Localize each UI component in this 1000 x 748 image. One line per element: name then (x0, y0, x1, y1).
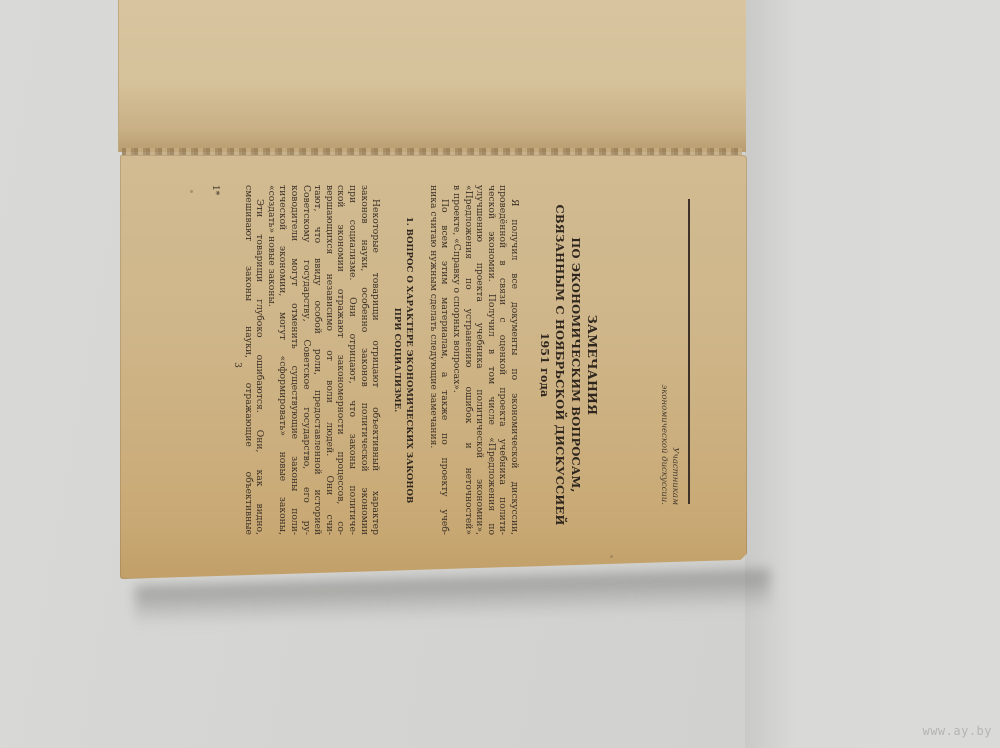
text-line: Эти товарищи глубоко ошибаются. Они, как… (254, 185, 266, 535)
text-line: тической экономии, могут «сформировать» … (277, 185, 289, 535)
body-text: Я получил все документы по экономической… (242, 185, 520, 535)
signature-mark: 1* (210, 185, 220, 195)
text-line: По всем этим материалам, а также по прое… (439, 185, 451, 535)
text-line: ской экономии отражают закономерности пр… (335, 185, 347, 535)
title-year: 1951 года (536, 185, 552, 545)
dedication-line: экономической дискуссии. (658, 185, 669, 505)
text-line: «Предложения по устранению ошибок и нето… (462, 185, 474, 535)
text-line: ководители могут отменить существующие з… (289, 185, 301, 535)
text-line: улучшению проекта учебника политической … (474, 185, 486, 535)
booklet-spine-fold (122, 148, 742, 156)
document-title: ЗАМЕЧАНИЯ ПО ЭКОНОМИЧЕСКИМ ВОПРОСАМ, СВЯ… (536, 185, 600, 545)
page-number: 3 (232, 185, 242, 545)
text-line: Некоторые товарищи отрицают объективный … (370, 185, 382, 535)
dedication: Участникам экономической дискуссии. (658, 185, 680, 505)
text-line: Советскому государству, Советское госуда… (300, 185, 312, 535)
text-line: Я получил все документы по экономической… (508, 185, 520, 535)
page-text-block: Участникам экономической дискуссии. ЗАМЕ… (150, 185, 710, 545)
second-paragraph: По всем этим материалам, а также по прое… (427, 185, 450, 535)
text-line: смешивают законы науки, отражающие объек… (242, 185, 254, 535)
paper-speck (610, 555, 613, 558)
section-paragraph: Эти товарищи глубоко ошибаются. Они, как… (242, 185, 265, 535)
heading-line: 1. ВОПРОС О ХАРАКТЕРЕ ЭКОНОМИЧЕСКИХ ЗАКО… (403, 185, 415, 535)
background-surface (745, 0, 1000, 748)
intro-paragraph: Я получил все документы по экономической… (450, 185, 520, 535)
booklet-cover-flap (118, 0, 746, 152)
text-line: в проекте, «Справку о спорных вопросах». (450, 185, 462, 535)
text-line: ческой экономии. Получил в том числе «Пр… (485, 185, 497, 535)
title-line: ЗАМЕЧАНИЯ (584, 185, 600, 545)
text-line: «создать» новые законы. (265, 185, 277, 535)
text-line: ника считаю нужным сделать следующие зам… (427, 185, 439, 535)
header-rule (688, 199, 690, 504)
watermark: www.ay.by (922, 724, 992, 738)
text-line: при социализме. Они отрицают, что законы… (346, 185, 358, 535)
text-line: вершающихся независимо от воли людей. Он… (323, 185, 335, 535)
photo-scene: Участникам экономической дискуссии. ЗАМЕ… (0, 0, 1000, 748)
section-heading: 1. ВОПРОС О ХАРАКТЕРЕ ЭКОНОМИЧЕСКИХ ЗАКО… (391, 185, 415, 535)
text-line: законов науки, особенно законов политиче… (358, 185, 370, 535)
booklet-shadow (135, 570, 770, 627)
text-line: тают, что ввиду особой роли, предоставле… (312, 185, 324, 535)
heading-line: ПРИ СОЦИАЛИЗМЕ. (391, 185, 403, 535)
title-line: СВЯЗАННЫМ С НОЯБРЬСКОЙ ДИСКУССИЕЙ (552, 185, 568, 545)
section-paragraph: Некоторые товарищи отрицают объективный … (265, 185, 381, 535)
title-line: ПО ЭКОНОМИЧЕСКИМ ВОПРОСАМ, (568, 185, 584, 545)
text-line: проведённой в связи с оценкой проекта уч… (497, 185, 509, 535)
dedication-line: Участникам (669, 185, 680, 505)
